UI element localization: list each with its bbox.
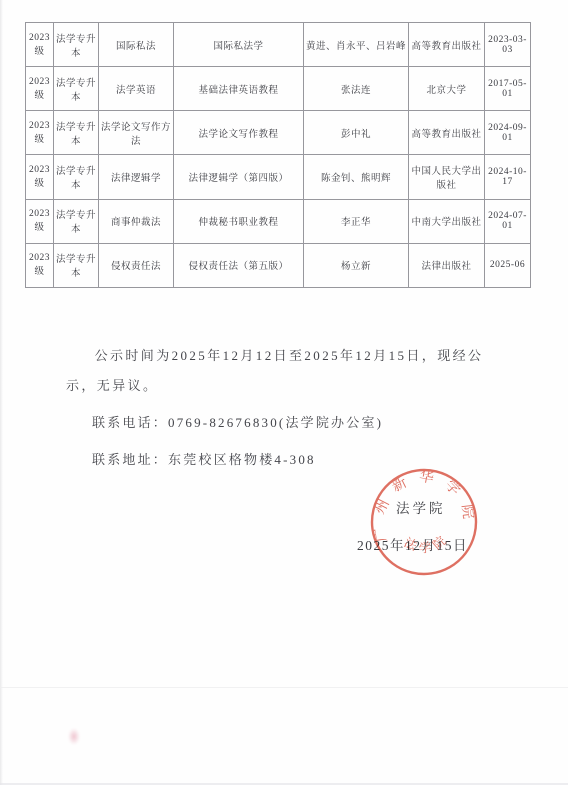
document-page: 2023级 法学专升本 国际私法 国际私法学 黄进、肖永平、吕岩峰 高等教育出版… <box>0 0 568 785</box>
cell-program: 法学专升本 <box>54 23 99 67</box>
cell-program: 法学专升本 <box>54 243 99 287</box>
cell-publish-date: 2024-10-17 <box>485 155 531 199</box>
stamp-arc-bottom-text: 法学院 <box>400 529 454 559</box>
cell-publish-date: 2024-09-01 <box>485 111 531 155</box>
cell-course-name: 法学英语 <box>99 67 174 111</box>
publicity-notice: 公示时间为2025年12月12日至2025年12月15日，现经公 示，无异议。 <box>66 341 492 401</box>
cell-publisher: 法律出版社 <box>409 243 485 287</box>
cell-grade: 2023级 <box>26 243 54 287</box>
cell-course-name: 法律逻辑学 <box>99 155 174 199</box>
cell-textbook-title: 法学论文写作教程 <box>174 111 304 155</box>
cell-textbook-title: 基础法律英语教程 <box>174 67 304 111</box>
cell-grade: 2023级 <box>26 155 54 199</box>
official-seal-stamp: 广州新华学院 法学院 <box>352 450 496 594</box>
textbook-table-body: 2023级 法学专升本 国际私法 国际私法学 黄进、肖永平、吕岩峰 高等教育出版… <box>26 23 531 288</box>
cell-publisher: 中南大学出版社 <box>409 199 485 243</box>
cell-grade: 2023级 <box>26 23 54 67</box>
contact-phone: 联系电话：0769-82676830(法学院办公室) <box>92 412 383 431</box>
contact-address: 联系地址：东莞校区格物楼4-308 <box>92 449 316 468</box>
cell-grade: 2023级 <box>26 67 54 111</box>
cell-publish-date: 2017-05-01 <box>485 67 531 111</box>
scan-smudge <box>68 728 80 745</box>
table-row: 2023级 法学专升本 法律逻辑学 法律逻辑学（第四版） 陈金钊、熊明辉 中国人… <box>26 155 531 199</box>
table-row: 2023级 法学专升本 法学论文写作方法 法学论文写作教程 彭中礼 高等教育出版… <box>26 111 531 155</box>
cell-publish-date: 2024-07-01 <box>485 199 531 243</box>
cell-authors: 黄进、肖永平、吕岩峰 <box>304 23 409 67</box>
cell-course-name: 侵权责任法 <box>99 243 174 287</box>
cell-program: 法学专升本 <box>54 199 99 243</box>
cell-authors: 杨立新 <box>304 243 409 287</box>
cell-publisher: 中国人民大学出版社 <box>409 155 485 199</box>
cell-publisher: 北京大学 <box>409 67 485 111</box>
cell-textbook-title: 仲裁秘书职业教程 <box>174 199 304 243</box>
cell-publisher: 高等教育出版社 <box>409 111 485 155</box>
cell-program: 法学专升本 <box>54 67 99 111</box>
notice-line-1: 公示时间为2025年12月12日至2025年12月15日，现经公 <box>66 341 492 371</box>
svg-text:法学院: 法学院 <box>400 529 454 559</box>
textbook-table: 2023级 法学专升本 国际私法 国际私法学 黄进、肖永平、吕岩峰 高等教育出版… <box>25 22 531 288</box>
cell-authors: 张法连 <box>304 67 409 111</box>
table-row: 2023级 法学专升本 法学英语 基础法律英语教程 张法连 北京大学 2017-… <box>26 67 531 111</box>
cell-textbook-title: 侵权责任法（第五版） <box>174 243 304 287</box>
table-row: 2023级 法学专升本 侵权责任法 侵权责任法（第五版） 杨立新 法律出版社 2… <box>26 243 531 287</box>
svg-text:广州新华学院: 广州新华学院 <box>364 461 479 544</box>
notice-line-2: 示，无异议。 <box>66 371 492 401</box>
cell-publish-date: 2025-06 <box>485 243 531 287</box>
cell-authors: 陈金钊、熊明辉 <box>304 155 409 199</box>
cell-textbook-title: 国际私法学 <box>174 23 304 67</box>
scan-streak <box>0 687 568 688</box>
cell-program: 法学专升本 <box>54 111 99 155</box>
table-row: 2023级 法学专升本 国际私法 国际私法学 黄进、肖永平、吕岩峰 高等教育出版… <box>26 23 531 67</box>
cell-authors: 彭中礼 <box>304 111 409 155</box>
cell-program: 法学专升本 <box>54 155 99 199</box>
stamp-arc-top-text: 广州新华学院 <box>364 461 479 544</box>
cell-textbook-title: 法律逻辑学（第四版） <box>174 155 304 199</box>
cell-grade: 2023级 <box>26 199 54 243</box>
cell-course-name: 国际私法 <box>99 23 174 67</box>
table-row: 2023级 法学专升本 商事仲裁法 仲裁秘书职业教程 李正华 中南大学出版社 2… <box>26 199 531 243</box>
cell-authors: 李正华 <box>304 199 409 243</box>
cell-grade: 2023级 <box>26 111 54 155</box>
cell-publisher: 高等教育出版社 <box>409 23 485 67</box>
scan-edge-left <box>0 0 3 785</box>
cell-course-name: 法学论文写作方法 <box>99 111 174 155</box>
cell-publish-date: 2023-03-03 <box>485 23 531 67</box>
cell-course-name: 商事仲裁法 <box>99 199 174 243</box>
